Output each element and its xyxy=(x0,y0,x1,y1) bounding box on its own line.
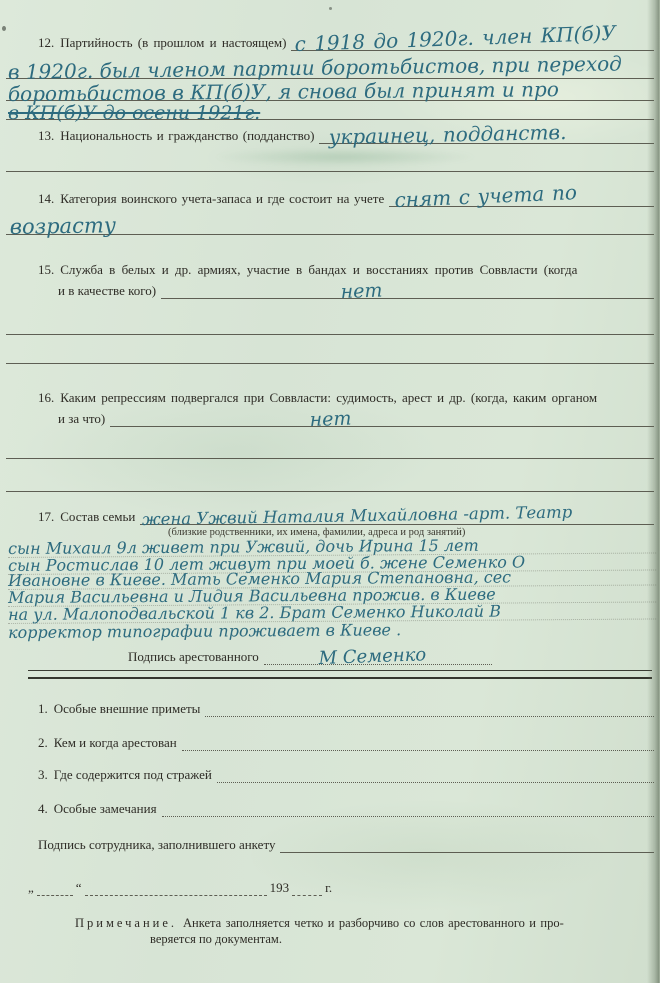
year-prefix: 193 xyxy=(267,880,293,896)
ruled-line: жена Ужвий Наталия Михайловна -арт. Теат… xyxy=(140,508,654,525)
ruled-line xyxy=(6,347,654,364)
handwritten-answer: жена Ужвий Наталия Михайловна -арт. Теат… xyxy=(142,504,573,528)
ruled-line: нет xyxy=(110,410,654,427)
ruled-line xyxy=(6,442,654,459)
footnote-text: Анкета заполняется четко и разборчиво со… xyxy=(183,916,564,930)
signature-label: Подпись арестованного xyxy=(128,649,264,665)
field-1-marks: 1. Особые внешние приметы xyxy=(38,700,654,717)
field-label: Служба в белых и др. армиях, участие в б… xyxy=(60,262,577,277)
handwritten-answer: возрасту xyxy=(10,215,116,238)
item-number: 13. xyxy=(38,128,60,144)
arrest-questionnaire-page: 12. Партийность (в прошлом и настоящем) … xyxy=(0,0,660,983)
field-15-answer-line: и в качестве кого) нет xyxy=(58,282,654,299)
handwritten-answer: боротьбистов в КП(б)У, я снова был приня… xyxy=(8,79,559,104)
ruled-line: боротьбистов в КП(б)У, я снова был приня… xyxy=(6,84,654,101)
field-12-partiynost: 12. Партийность (в прошлом и настоящем) … xyxy=(38,34,654,51)
field-label: Каким репрессиям подвергался при Соввлас… xyxy=(60,390,597,405)
field-3-custody: 3. Где содержится под стражей xyxy=(38,766,654,783)
blank-ruled-line xyxy=(6,318,654,335)
field-label: Где содержится под стражей xyxy=(54,767,217,783)
handwritten-answer: нет xyxy=(310,410,352,430)
handwritten-signature: М Семенко xyxy=(318,646,426,668)
ruled-line: возрасту xyxy=(6,218,654,235)
paper-speck xyxy=(329,7,332,10)
field-4-remarks: 4. Особые замечания xyxy=(38,800,654,817)
handwritten-answer: снят с учета по xyxy=(394,182,577,210)
handwritten-family-line: корректор типографии проживает в Киеве . xyxy=(8,619,656,641)
open-quote: „ xyxy=(25,880,37,896)
field-label: и в качестве кого) xyxy=(58,283,161,299)
field-17-family: 17. Состав семьи жена Ужвий Наталия Миха… xyxy=(38,508,654,525)
date-line: „ “ 193 г. xyxy=(25,880,355,896)
handwritten-answer: нет xyxy=(340,282,382,302)
ruled-line xyxy=(217,766,654,783)
field-label: и за что) xyxy=(58,411,110,427)
ruled-line: украинец, подданств. xyxy=(319,127,654,144)
close-quote: “ xyxy=(73,880,85,896)
ruled-line: нет xyxy=(161,282,654,299)
blank-ruled-line xyxy=(6,442,654,459)
field-label: Кем и когда арестован xyxy=(54,735,182,751)
field-16-answer-line: и за что) нет xyxy=(58,410,654,427)
handwritten-answer-struck: в КП(б)У до осени 1921г. xyxy=(8,104,260,123)
field-12-continuation-3: в КП(б)У до осени 1921г. xyxy=(6,103,654,120)
field-label: Партийность (в прошлом и настоящем) xyxy=(60,35,291,51)
ruled-line xyxy=(162,800,654,817)
handwritten-answer: украинец, подданств. xyxy=(329,122,567,147)
item-number: 17. xyxy=(38,509,60,525)
field-13-nationality: 13. Национальность и гражданство (поддан… xyxy=(38,127,654,144)
field-label: Национальность и гражданство (подданство… xyxy=(60,128,319,144)
field-14-military: 14. Категория воинского учета-запаса и г… xyxy=(38,190,654,207)
ruled-line xyxy=(6,475,654,492)
signature-line: М Семенко xyxy=(264,648,492,665)
field-14-continuation: возрасту xyxy=(6,218,654,235)
field-2-arrested-by: 2. Кем и когда арестован xyxy=(38,734,654,751)
blank-ruled-line xyxy=(6,475,654,492)
footnote-label: Примечание. xyxy=(75,916,183,930)
field-label: Состав семьи xyxy=(60,509,140,525)
ruled-line xyxy=(6,155,654,172)
ruled-line: с 1918 до 1920г. член КП(б)У xyxy=(291,34,654,51)
blank-ruled-line xyxy=(6,347,654,364)
signature-label: Подпись сотрудника, заполнившего анкету xyxy=(38,837,280,853)
paper-speck xyxy=(2,26,6,31)
month-blank xyxy=(85,881,267,896)
item-number: 3. xyxy=(38,767,54,783)
officer-signature-row: Подпись сотрудника, заполнившего анкету xyxy=(38,836,654,853)
field-label: Особые внешние приметы xyxy=(54,701,206,717)
ruled-line xyxy=(205,700,654,717)
ruled-line xyxy=(6,318,654,335)
day-blank xyxy=(37,881,73,896)
blank-ruled-line xyxy=(6,155,654,172)
footnote-line-1: Примечание.Анкета заполняется четко и ра… xyxy=(75,916,654,931)
item-number: 12. xyxy=(38,35,60,51)
ruled-line xyxy=(182,734,654,751)
page-right-edge xyxy=(647,0,660,983)
item-number: 2. xyxy=(38,735,54,751)
field-16-repressions: 16.Каким репрессиям подвергался при Совв… xyxy=(38,390,654,406)
signature-line xyxy=(280,836,654,853)
year-blank xyxy=(292,881,322,896)
item-number: 4. xyxy=(38,801,54,817)
year-suffix: г. xyxy=(322,880,335,896)
item-number: 16. xyxy=(38,390,60,405)
footnote-line-2: веряется по документам. xyxy=(150,932,654,947)
field-label: Категория воинского учета-запаса и где с… xyxy=(60,191,389,207)
item-number: 15. xyxy=(38,262,60,277)
section-divider-double-rule xyxy=(28,670,652,679)
item-number: 1. xyxy=(38,701,54,717)
handwritten-answer: с 1918 до 1920г. член КП(б)У xyxy=(295,23,617,54)
field-12-continuation-2: боротьбистов в КП(б)У, я снова был приня… xyxy=(6,84,654,101)
arrested-signature-row: Подпись арестованного М Семенко xyxy=(128,648,492,665)
item-number: 14. xyxy=(38,191,60,207)
field-15-service: 15.Служба в белых и др. армиях, участие … xyxy=(38,262,654,278)
ruled-line: в КП(б)У до осени 1921г. xyxy=(6,103,654,120)
ruled-line: снят с учета по xyxy=(389,190,654,207)
field-label: Особые замечания xyxy=(54,801,162,817)
